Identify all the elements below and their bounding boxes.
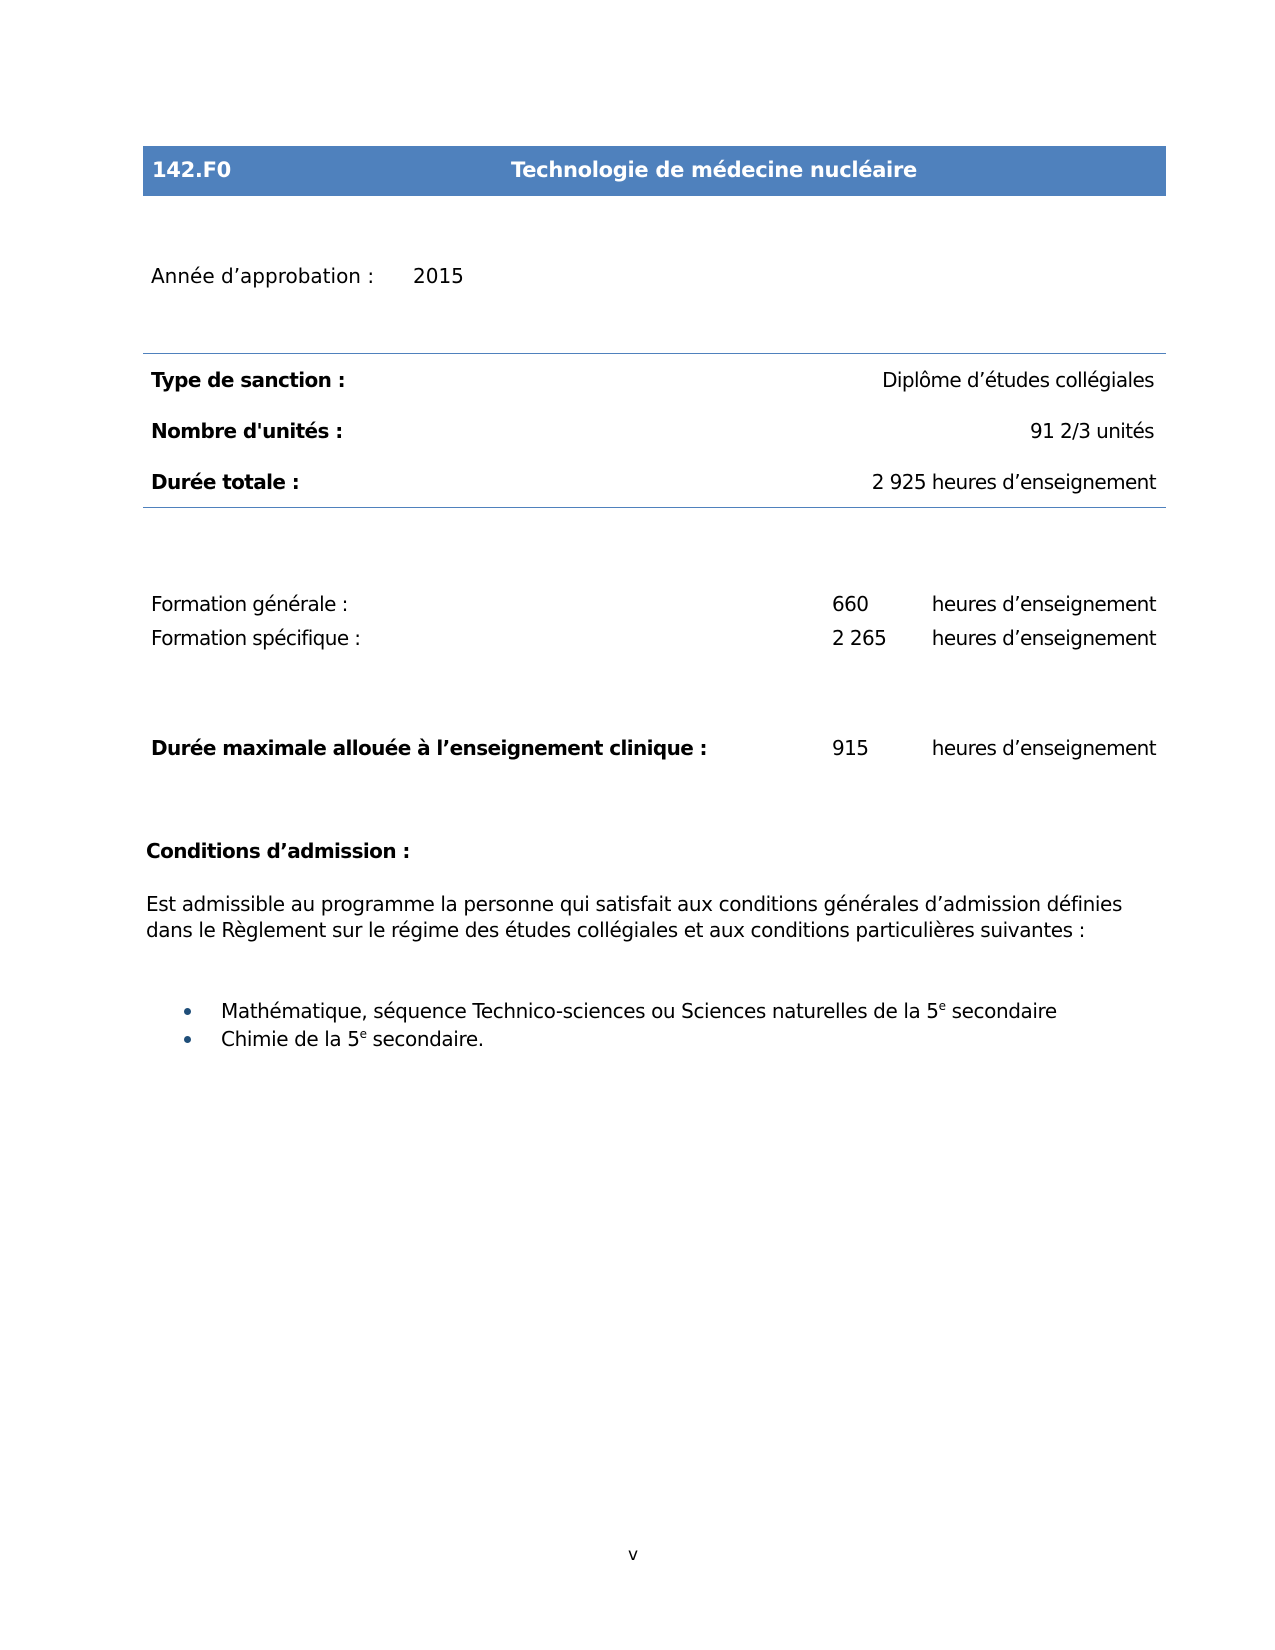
- requirement-text: Mathématique, séquence Technico-sciences…: [221, 999, 939, 1023]
- sanction-value: Diplôme d’études collégiales: [882, 368, 1154, 392]
- general-formation-unit: heures d’enseignement: [932, 592, 1156, 616]
- summary-bottom-rule: [143, 507, 1166, 508]
- program-header-bar: 142.F0 Technologie de médecine nucléaire: [143, 146, 1166, 196]
- units-value: 91 2/3 unités: [1030, 419, 1154, 443]
- page-number: v: [628, 1545, 638, 1565]
- program-code: 142.F0: [152, 158, 231, 182]
- summary-top-rule: [143, 353, 1166, 354]
- clinical-duration-unit: heures d’enseignement: [932, 736, 1156, 760]
- admission-requirements-list: Mathématique, séquence Technico-sciences…: [146, 997, 1146, 1053]
- clinical-duration-label: Durée maximale allouée à l’enseignement …: [151, 736, 707, 760]
- approval-year: 2015: [413, 264, 464, 288]
- admission-paragraph: Est admissible au programme la personne …: [146, 891, 1122, 943]
- general-formation-label: Formation générale :: [151, 592, 348, 616]
- list-item: Chimie de la 5e secondaire.: [146, 1025, 1146, 1053]
- general-formation-hours: 660: [832, 592, 868, 616]
- bullet-icon: [184, 1036, 191, 1043]
- sanction-label: Type de sanction :: [151, 368, 345, 392]
- specific-formation-hours: 2 265: [832, 626, 886, 650]
- list-item: Mathématique, séquence Technico-sciences…: [146, 997, 1146, 1025]
- ordinal-superscript: e: [939, 999, 946, 1013]
- program-title: Technologie de médecine nucléaire: [511, 158, 917, 182]
- requirement-text: Chimie de la 5: [221, 1027, 360, 1051]
- requirement-text-end: secondaire: [946, 999, 1057, 1023]
- specific-formation-label: Formation spécifique :: [151, 626, 360, 650]
- specific-formation-unit: heures d’enseignement: [932, 626, 1156, 650]
- total-duration-value: 2 925 heures d’enseignement: [872, 470, 1156, 494]
- ordinal-superscript: e: [360, 1027, 367, 1041]
- units-label: Nombre d'unités :: [151, 419, 343, 443]
- approval-label: Année d’approbation :: [151, 264, 374, 288]
- admission-heading: Conditions d’admission :: [146, 839, 410, 863]
- clinical-duration-hours: 915: [832, 736, 868, 760]
- requirement-text-end: secondaire.: [367, 1027, 484, 1051]
- total-duration-label: Durée totale :: [151, 470, 299, 494]
- bullet-icon: [184, 1008, 191, 1015]
